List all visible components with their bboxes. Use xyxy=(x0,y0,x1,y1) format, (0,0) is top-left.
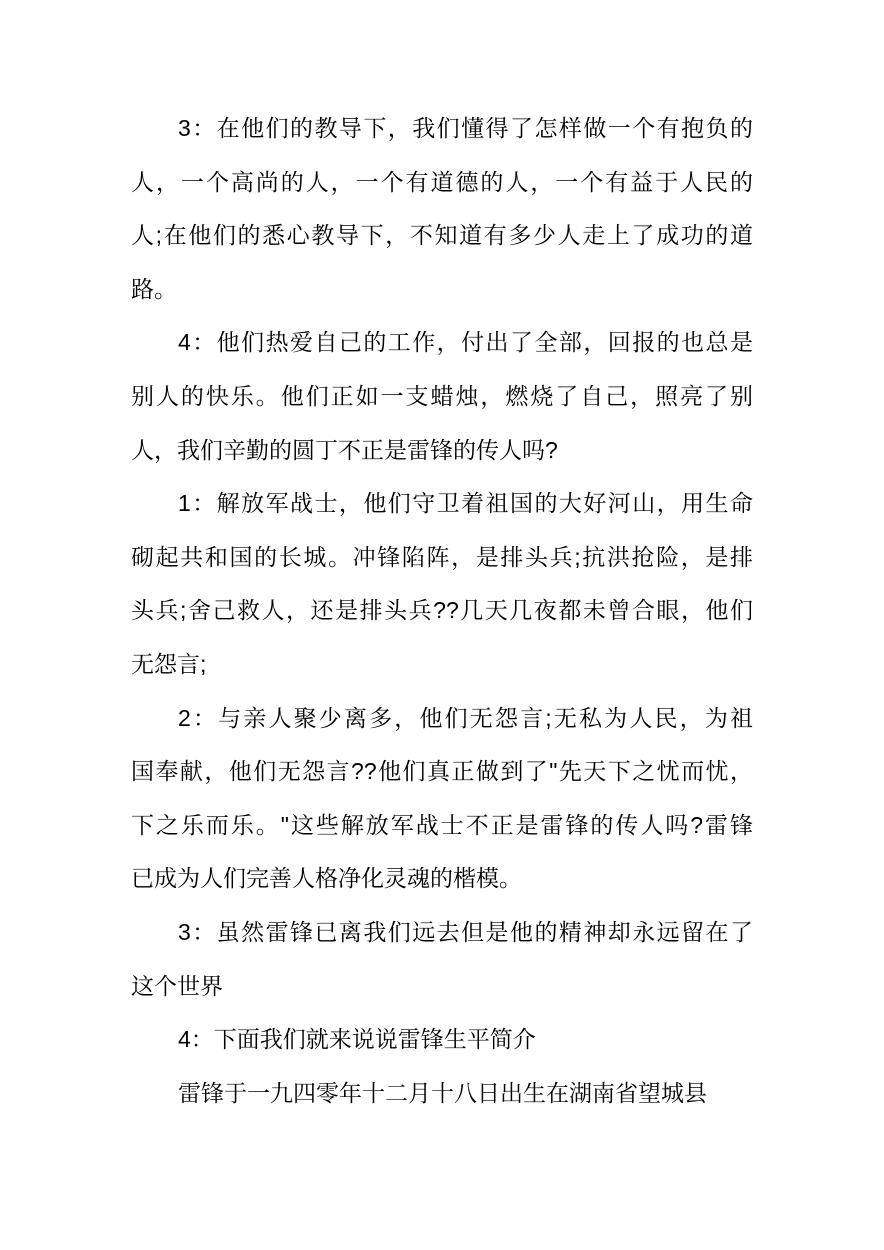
text-line: 人，我们辛勤的圆丁不正是雷锋的传人吗? xyxy=(131,424,753,478)
text-line: 人，一个高尚的人，一个有道德的人，一个有益于人民的 xyxy=(131,156,753,210)
text-line: 别人的快乐。他们正如一支蜡烛，燃烧了自己，照亮了别 xyxy=(131,370,753,424)
paragraph: 3：在他们的教导下，我们懂得了怎样做一个有抱负的人，一个高尚的人，一个有道德的人… xyxy=(131,102,753,316)
text-line: 雷锋于一九四零年十二月十八日出生在湖南省望城县 xyxy=(131,1067,753,1121)
text-line: 这个世界 xyxy=(131,960,753,1014)
paragraph: 4：下面我们就来说说雷锋生平简介 xyxy=(131,1013,753,1067)
text-line: 3：在他们的教导下，我们懂得了怎样做一个有抱负的 xyxy=(131,102,753,156)
paragraph: 雷锋于一九四零年十二月十八日出生在湖南省望城县 xyxy=(131,1067,753,1121)
text-line: 已成为人们完善人格净化灵魂的楷模。 xyxy=(131,852,753,906)
document-body: 3：在他们的教导下，我们懂得了怎样做一个有抱负的人，一个高尚的人，一个有道德的人… xyxy=(131,102,753,1120)
paragraph: 2：与亲人聚少离多，他们无怨言;无私为人民，为祖国奉献，他们无怨言??他们真正做… xyxy=(131,692,753,906)
paragraph: 1：解放军战士，他们守卫着祖国的大好河山，用生命砌起共和国的长城。冲锋陷阵，是排… xyxy=(131,477,753,691)
text-line: 无怨言; xyxy=(131,638,753,692)
text-line: 人;在他们的悉心教导下，不知道有多少人走上了成功的道 xyxy=(131,209,753,263)
paragraph: 4：他们热爱自己的工作，付出了全部，回报的也总是别人的快乐。他们正如一支蜡烛，燃… xyxy=(131,316,753,477)
text-line: 3：虽然雷锋已离我们远去但是他的精神却永远留在了 xyxy=(131,906,753,960)
text-line: 国奉献，他们无怨言??他们真正做到了"先天下之忧而忧， xyxy=(131,745,753,799)
text-line: 下之乐而乐。"这些解放军战士不正是雷锋的传人吗?雷锋 xyxy=(131,799,753,853)
text-line: 路。 xyxy=(131,263,753,317)
text-line: 砌起共和国的长城。冲锋陷阵，是排头兵;抗洪抢险，是排 xyxy=(131,531,753,585)
paragraph: 3：虽然雷锋已离我们远去但是他的精神却永远留在了这个世界 xyxy=(131,906,753,1013)
text-line: 头兵;舍己救人，还是排头兵??几天几夜都未曾合眼，他们 xyxy=(131,584,753,638)
text-line: 4：他们热爱自己的工作，付出了全部，回报的也总是 xyxy=(131,316,753,370)
text-line: 2：与亲人聚少离多，他们无怨言;无私为人民，为祖 xyxy=(131,692,753,746)
document-page: 3：在他们的教导下，我们懂得了怎样做一个有抱负的人，一个高尚的人，一个有道德的人… xyxy=(0,0,884,1250)
text-line: 4：下面我们就来说说雷锋生平简介 xyxy=(131,1013,753,1067)
text-line: 1：解放军战士，他们守卫着祖国的大好河山，用生命 xyxy=(131,477,753,531)
